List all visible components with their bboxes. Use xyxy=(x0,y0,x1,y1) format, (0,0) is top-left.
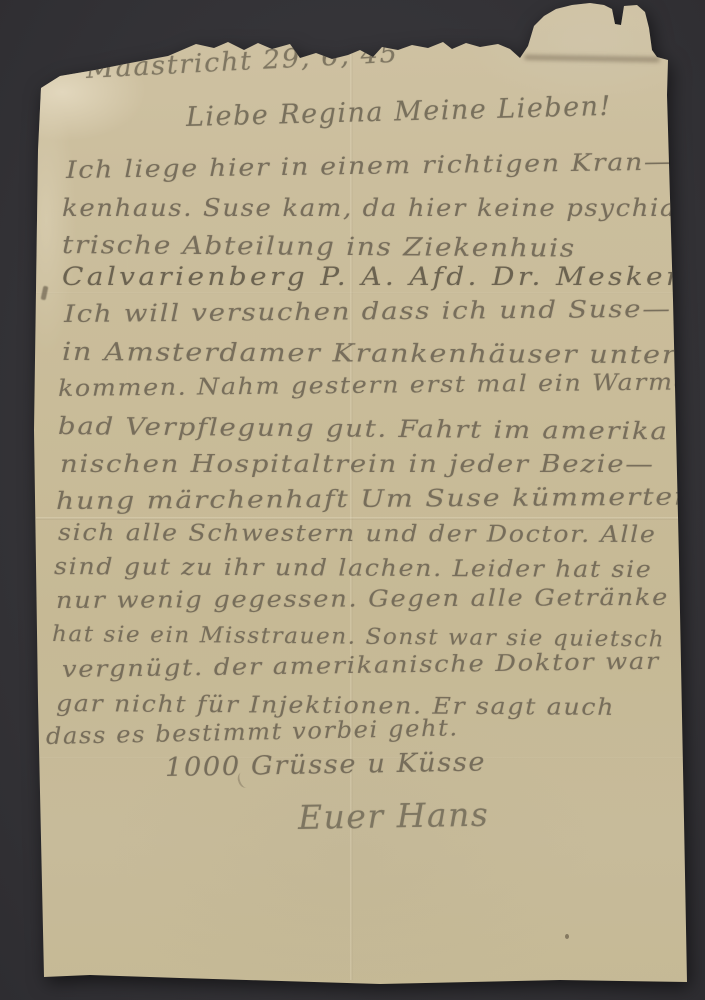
letter-paper: Maastricht 29, 6, 45 Liebe Regina Meine … xyxy=(0,0,705,1000)
body-line-6: in Amsterdamer Krankenhäuser unter xyxy=(62,337,677,369)
body-line-17: dass es bestimmt vorbei geht. xyxy=(46,715,459,750)
body-line-10: hung märchenhaft Um Suse kümmerten xyxy=(56,483,694,515)
body-line-11: sich alle Schwestern und der Doctor. All… xyxy=(58,520,657,548)
salutation: Liebe Regina Meine Lieben! xyxy=(186,91,613,133)
body-line-2: kenhaus. Suse kam, da hier keine psychia… xyxy=(62,194,687,222)
body-line-5: Ich will versuchen dass ich und Suse— xyxy=(64,295,672,328)
paper-blemish xyxy=(565,934,569,939)
document-photo: Maastricht 29, 6, 45 Liebe Regina Meine … xyxy=(0,0,705,1000)
body-line-12: sind gut zu ihr und lachen. Leider hat s… xyxy=(54,554,653,583)
body-line-14: hat sie ein Misstrauen. Sonst war sie qu… xyxy=(52,622,665,652)
closing-line: 1000 Grüsse u Küsse xyxy=(165,747,487,783)
body-line-15: vergnügt. der amerikanische Doktor war xyxy=(62,649,660,683)
body-line-8: bad Verpflegung gut. Fahrt im amerika xyxy=(58,412,669,445)
body-line-16: gar nicht für Injektionen. Er sagt auch xyxy=(56,691,615,721)
body-line-1: Ich liege hier in einem richtigen Kran— xyxy=(66,148,673,184)
signature: Euer Hans xyxy=(298,795,490,837)
dateline: Maastricht 29, 6, 45 xyxy=(85,39,399,85)
body-line-13: nur wenig gegessen. Gegen alle Getränke xyxy=(56,585,669,614)
fold-crease-horizontal-1 xyxy=(36,292,676,294)
body-line-3: trische Abteilung ins Ziekenhuis xyxy=(62,230,576,263)
body-line-4: Calvarienberg P. A. Afd. Dr. Mesker xyxy=(62,262,683,291)
body-line-7: kommen. Nahm gestern erst mal ein Warmen xyxy=(58,369,705,402)
body-line-9: nischen Hospitaltrein in jeder Bezie— xyxy=(60,450,655,478)
paper-shadow-wrap: Maastricht 29, 6, 45 Liebe Regina Meine … xyxy=(0,0,705,1000)
torn-flap-shadow xyxy=(524,55,660,62)
paper-blemish xyxy=(41,286,49,301)
